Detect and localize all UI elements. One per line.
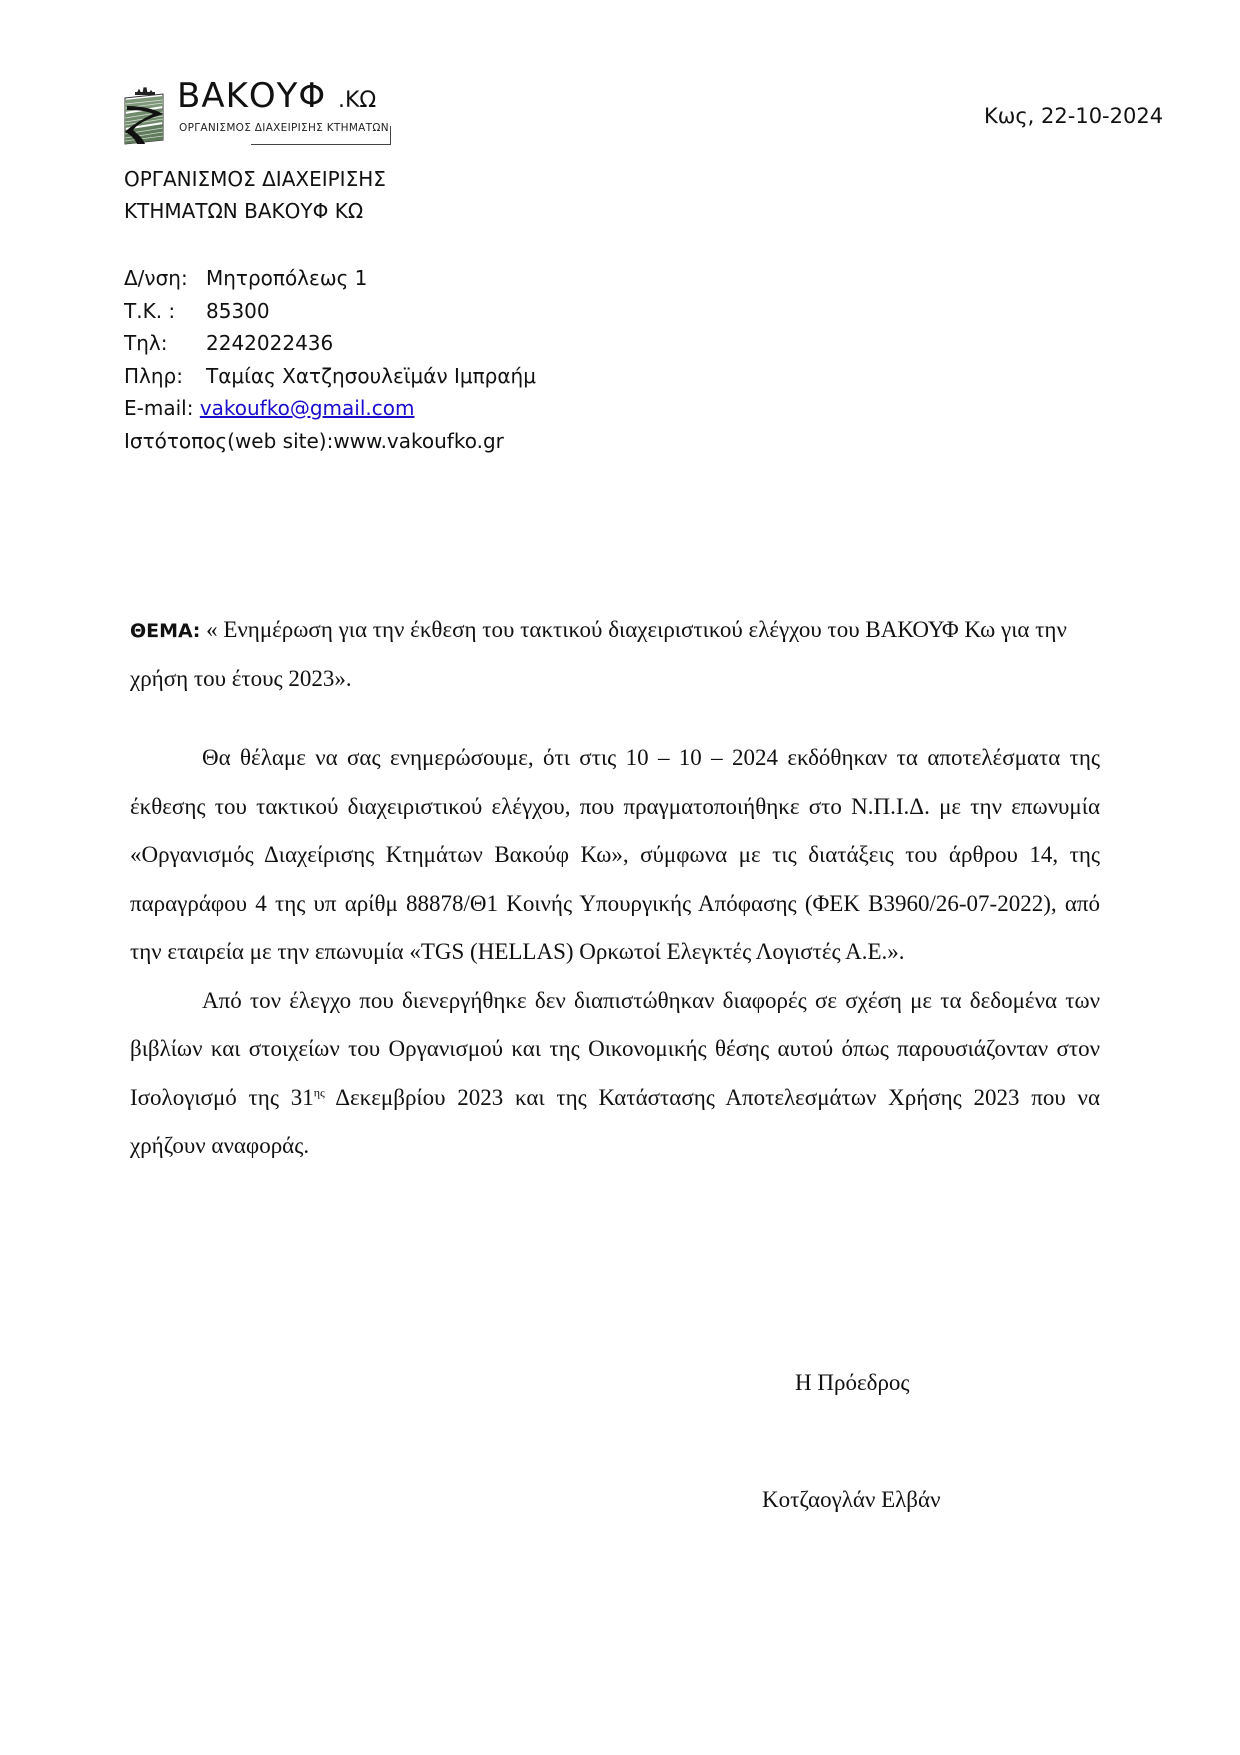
subject-label: ΘΕΜΑ: [130,620,200,642]
postal-code-row: Τ.Κ. : 85300 [124,295,536,328]
signatory-name: Κοτζαογλάν Ελβάν [762,1487,940,1513]
contact-block: Δ/νση: Μητροπόλεως 1 Τ.Κ. : 85300 Τηλ: 2… [124,262,536,457]
website-row: Ιστότοπος(web site):www.vakoufko.gr [124,425,536,458]
address-row: Δ/νση: Μητροπόλεως 1 [124,262,536,295]
logo-divider-vertical [390,126,391,145]
logo-title: ΒΑΚΟΥΦ .ΚΩ [177,76,376,116]
email-link[interactable]: vakoufko@gmail.com [200,392,415,425]
phone-value: 2242022436 [206,327,333,360]
organization-name-line2: ΚΤΗΜΑΤΩΝ ΒΑΚΟΥΦ ΚΩ [124,195,386,227]
subject-text: « Ενημέρωση για την έκθεση του τακτικού … [130,617,1067,691]
logo-divider [251,144,391,145]
organization-name: ΟΡΓΑΝΙΣΜΟΣ ΔΙΑΧΕΙΡΙΣΗΣ ΚΤΗΜΑΤΩΝ ΒΑΚΟΥΦ Κ… [124,163,386,227]
info-value: Ταμίας Χατζησουλεϊμάν Ιμπραήμ [206,360,536,393]
organization-name-line1: ΟΡΓΑΝΙΣΜΟΣ ΔΙΑΧΕΙΡΙΣΗΣ [124,163,386,195]
logo-title-suffix: .ΚΩ [338,88,376,113]
ordinal-superscript: ης [314,1085,325,1099]
phone-row: Τηλ: 2242022436 [124,327,536,360]
organization-logo: ΒΑΚΟΥΦ .ΚΩ ΟΡΓΑΝΙΣΜΟΣ ΔΙΑΧΕΙΡΙΣΗΣ ΚΤΗΜΑΤ… [123,82,393,148]
info-row: Πληρ: Ταμίας Χατζησουλεϊμάν Ιμπραήμ [124,360,536,393]
signatory-title: Η Πρόεδρος [795,1370,910,1396]
address-label: Δ/νση: [124,262,206,295]
postal-code-label: Τ.Κ. : [124,295,206,328]
subject-line: ΘΕΜΑ: « Ενημέρωση για την έκθεση του τακ… [130,606,1115,703]
email-row: E-mail: vakoufko@gmail.com [124,392,536,425]
logo-title-text: ΒΑΚΟΥΦ [177,76,326,116]
body-paragraph-2: Από τον έλεγχο που διενεργήθηκε δεν διαπ… [130,977,1100,1171]
document-date: Κως, 22-10-2024 [984,104,1163,128]
body-paragraph-1: Θα θέλαμε να σας ενημερώσουμε, ότι στις … [130,734,1100,977]
vineyard-landscape-icon [123,84,167,146]
address-value: Μητροπόλεως 1 [206,262,367,295]
letter-body: Θα θέλαμε να σας ενημερώσουμε, ότι στις … [130,734,1100,1171]
logo-subtitle: ΟΡΓΑΝΙΣΜΟΣ ΔΙΑΧΕΙΡΙΣΗΣ ΚΤΗΜΑΤΩΝ [179,122,389,134]
postal-code-value: 85300 [206,295,270,328]
phone-label: Τηλ: [124,327,206,360]
info-label: Πληρ: [124,360,206,393]
email-label: E-mail: [124,392,193,425]
